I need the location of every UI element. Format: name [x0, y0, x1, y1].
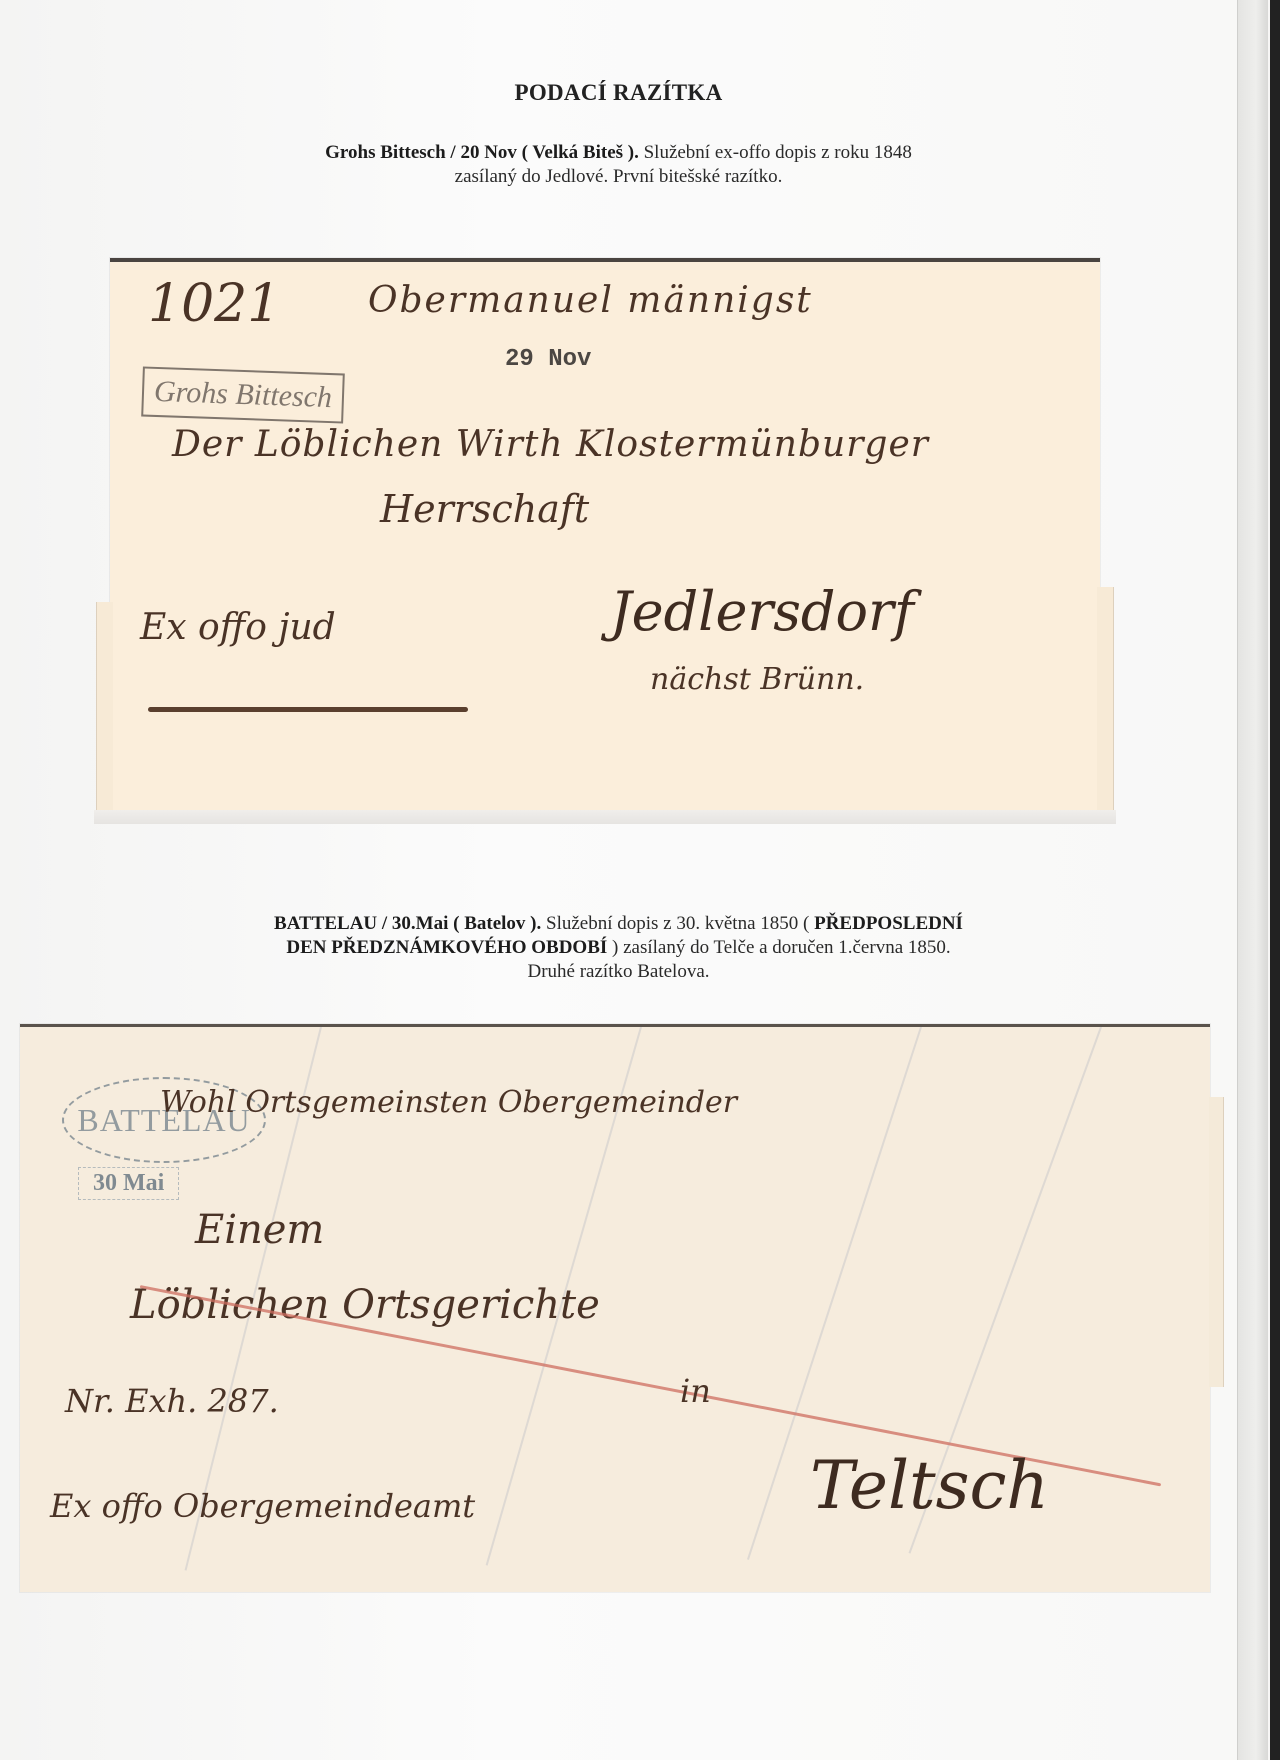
caption-text: Služební ex-offo dopis z roku 1848 [639, 142, 912, 163]
handwritten-address-sub: nächst Brünn. [650, 662, 864, 697]
caption-bold: Grohs Bittesch / 20 Nov ( Velká Biteš ). [325, 142, 639, 163]
caption-text: ) zasílaný do Telče a doručen 1.června 1… [607, 937, 950, 958]
handwritten-word: in [680, 1372, 711, 1410]
letter-2-cover: BATTELAU 30 Mai Wohl Ortsgemeinsten Ober… [20, 1024, 1210, 1592]
caption-bold: DEN PŘEDZNÁMKOVÉHO OBDOBÍ [286, 937, 607, 958]
handwritten-line: Einem [195, 1207, 324, 1253]
handwritten-line: Löblichen Ortsgerichte [130, 1282, 600, 1328]
binder-edge [1270, 0, 1280, 1760]
handwritten-note: Ex offo Obergemeindeamt [50, 1487, 475, 1525]
letter-1-cover: 1021 Obermanuel männigst Grohs Bittesch … [110, 258, 1100, 817]
postmark-box-grohs-bittesch: Grohs Bittesch [141, 366, 345, 423]
protective-sleeve [94, 810, 1116, 824]
postmark-date: 29 Nov [505, 346, 591, 373]
handwritten-line: Der Löblichen Wirth Klostermünburger [172, 424, 929, 465]
fold-flap [1209, 1097, 1224, 1387]
handwritten-address: Jedlersdorf [610, 580, 914, 643]
caption-text: Služební dopis z 30. května 1850 ( [541, 913, 814, 934]
handwritten-line: Wohl Ortsgemeinsten Obergemeinder [160, 1085, 737, 1120]
ink-underline [148, 707, 468, 712]
caption-line: Druhé razítko Batelova. [0, 960, 1237, 984]
caption-line: Grohs Bittesch / 20 Nov ( Velká Biteš ).… [0, 141, 1237, 165]
fold-flap [1097, 587, 1114, 817]
caption-entry-2: BATTELAU / 30.Mai ( Batelov ). Služební … [0, 912, 1237, 984]
handwritten-line: Obermanuel männigst [368, 280, 813, 321]
handwritten-address: Teltsch [810, 1447, 1049, 1524]
page-edge [1237, 0, 1268, 1760]
caption-bold: BATTELAU / 30.Mai ( Batelov ). [274, 913, 541, 934]
handwritten-note: Ex offo jud [140, 607, 336, 648]
caption-line: DEN PŘEDZNÁMKOVÉHO OBDOBÍ ) zasílaný do … [0, 936, 1237, 960]
page-title: PODACÍ RAZÍTKA [0, 80, 1237, 106]
caption-line: zasílaný do Jedlové. První bitešské razí… [0, 165, 1237, 189]
caption-bold: PŘEDPOSLEDNÍ [814, 913, 963, 934]
caption-entry-1: Grohs Bittesch / 20 Nov ( Velká Biteš ).… [0, 141, 1237, 189]
handwritten-line: Herrschaft [380, 487, 589, 531]
caption-line: BATTELAU / 30.Mai ( Batelov ). Služební … [0, 912, 1237, 936]
handwritten-number: 1021 [148, 274, 280, 334]
postmark-date: 30 Mai [78, 1167, 179, 1200]
fold-flap [96, 602, 113, 817]
handwritten-reference: Nr. Exh. 287. [65, 1382, 279, 1420]
